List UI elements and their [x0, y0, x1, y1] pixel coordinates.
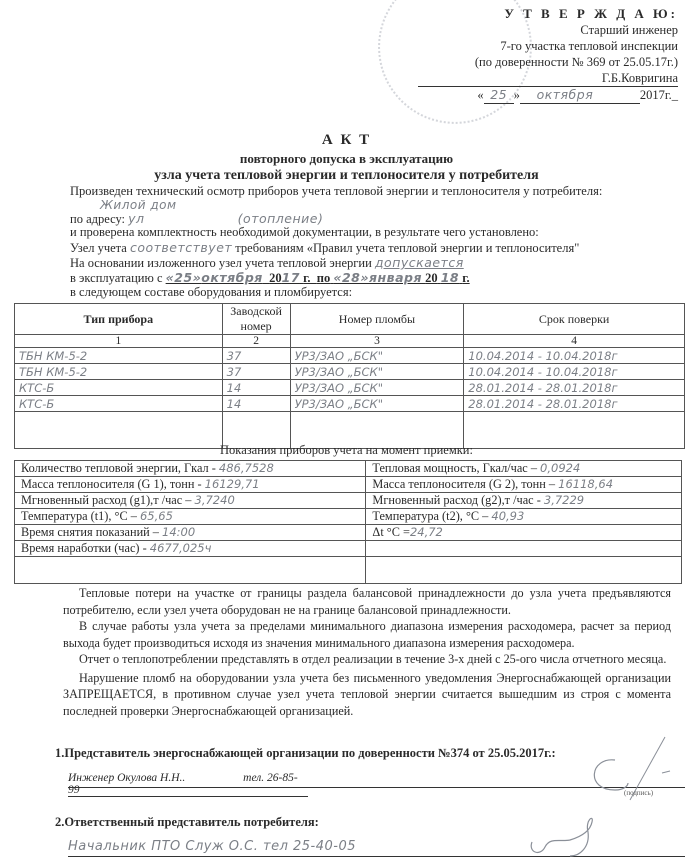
reading-value: 486,7528 [219, 461, 274, 475]
table-row: ТБН КМ-5-2 37 УР3/ЗАО „БСК" 10.04.2014 -… [15, 348, 685, 364]
reading-empty [366, 541, 682, 557]
to-day: «28» [333, 270, 369, 285]
from-month: октября [201, 270, 263, 285]
reading-value: 0,0924 [540, 461, 580, 475]
reading-time-taken: Время снятия показаний – 14:00 [15, 525, 366, 541]
approval-title: У Т В Е Р Ж Д А Ю: [418, 6, 678, 22]
reading-heat-energy: Количество тепловой энергии, Гкал - 486,… [15, 461, 366, 477]
device-seal: УР3/ЗАО „БСК" [290, 396, 464, 412]
device-seal: УР3/ЗАО „БСК" [290, 348, 464, 364]
consumer-name: Жилой дом [100, 198, 177, 212]
reading-value: 65,65 [140, 509, 173, 523]
col-header-serial: Заводской номер [222, 304, 290, 335]
reading-label: Тепловая мощность, Гкал/час – [372, 461, 537, 475]
reading-temp-t1: Температура (t1), °С – 65,65 [15, 509, 366, 525]
address-note: (отопление) [238, 211, 324, 226]
basis-label: На основании изложенного узел учета тепл… [70, 256, 372, 270]
node-line: Узел учета соответствует требованиям «Пр… [70, 240, 579, 256]
consumer-representative-name: Начальник ПТО Служ О.С. тел 25-40-05 [68, 839, 356, 854]
signature-caption: (подпись) [624, 789, 653, 797]
readings-row: Количество тепловой энергии, Гкал - 486,… [15, 461, 682, 477]
from-year-suffix: 17 [282, 270, 300, 285]
approval-position: Старший инженер [418, 22, 678, 38]
device-verification: 28.01.2014 - 28.01.2018г [464, 396, 685, 412]
reading-value: 16129,71 [205, 477, 260, 491]
device-type: КТС-Б [15, 396, 223, 412]
approval-date: «25»октября 2017г._ [418, 87, 678, 104]
address-label: по адресу: [70, 212, 125, 226]
from-g: г. [303, 271, 310, 285]
address-value: ул [128, 211, 144, 226]
readings-row: Масса теплоносителя (G 1), тонн - 16129,… [15, 477, 682, 493]
to-year-prefix: 20 [425, 271, 438, 285]
reading-label: Температура (t2), °С – [372, 509, 488, 523]
from-year-prefix: 20 [269, 271, 282, 285]
reading-value: 14:00 [162, 525, 195, 539]
reading-value: 3,7240 [195, 493, 235, 507]
col-header-seal: Номер пломбы [290, 304, 464, 335]
basis-line: На основании изложенного узел учета тепл… [70, 255, 464, 271]
table-row: КТС-Б 14 УР3/ЗАО „БСК" 28.01.2014 - 28.0… [15, 396, 685, 412]
device-type: ТБН КМ-5-2 [15, 348, 223, 364]
reading-label: Масса теплоносителя (G 2), тонн – [372, 477, 555, 491]
node-rest: требованиям «Правил учета тепловой энерг… [235, 241, 579, 255]
to-label: по [317, 271, 330, 285]
supplier-representative-line: Инженер Окулова Н.Н.. тел. 26-85-99 [68, 772, 308, 797]
equipment-header-row: Тип прибора Заводской номер Номер пломбы… [15, 304, 685, 335]
reading-label: Количество тепловой энергии, Гкал - [21, 461, 216, 475]
reading-label: Мгновенный расход (g2),т /час - [372, 493, 540, 507]
col-header-type: Тип прибора [15, 304, 223, 335]
reading-temp-t2: Температура (t2), °С – 40,93 [366, 509, 682, 525]
approval-block: У Т В Е Р Ж Д А Ю: Старший инженер 7-го … [418, 6, 678, 104]
readings-row: Время снятия показаний – 14:00 Δt °С =24… [15, 525, 682, 541]
reading-label: Мгновенный расход (g1),т /час – [21, 493, 191, 507]
intro-line-3: и проверена комплектность необходимой до… [70, 225, 539, 240]
supplier-name: Инженер Окулова Н.Н.. [68, 772, 185, 784]
to-g: г. [462, 271, 469, 285]
reading-label: Время снятия показаний – [21, 525, 159, 539]
col-number: 3 [290, 335, 464, 348]
reading-label: Δt °С = [372, 525, 410, 539]
approval-date-month: октября [520, 87, 610, 104]
equipment-number-row: 1 2 3 4 [15, 335, 685, 348]
device-seal: УР3/ЗАО „БСК" [290, 364, 464, 380]
consumer-representative-heading: 2.Ответственный представитель потребител… [55, 815, 319, 830]
readings-row: Температура (t1), °С – 65,65 Температура… [15, 509, 682, 525]
col-number: 2 [222, 335, 290, 348]
device-verification: 28.01.2014 - 28.01.2018г [464, 380, 685, 396]
approval-proxy: (по доверенности № 369 от 25.05.17г.) [418, 54, 678, 70]
device-serial: 14 [222, 396, 290, 412]
paragraph-flow-range: В случае работы узла учета за пределами … [63, 618, 671, 651]
paragraph-heat-losses: Тепловые потери на участке от границы ра… [63, 585, 671, 618]
device-serial: 14 [222, 380, 290, 396]
reading-value: 24,72 [410, 525, 443, 539]
reading-operating-hours: Время наработки (час) - 4677,025ч [15, 541, 366, 557]
from-day: «25» [166, 270, 202, 285]
equipment-table: Тип прибора Заводской номер Номер пломбы… [14, 303, 685, 449]
device-serial: 37 [222, 348, 290, 364]
approval-date-year: 2017г. [640, 88, 672, 102]
table-row: ТБН КМ-5-2 37 УР3/ЗАО „БСК" 10.04.2014 -… [15, 364, 685, 380]
device-verification: 10.04.2014 - 10.04.2018г [464, 364, 685, 380]
approval-date-day: 25 [484, 87, 514, 104]
device-type: ТБН КМ-5-2 [15, 364, 223, 380]
approval-date-gap [610, 87, 640, 104]
reading-delta-t: Δt °С =24,72 [366, 525, 682, 541]
reading-value: 40,93 [491, 509, 524, 523]
reading-value: 4677,025ч [150, 541, 212, 555]
basis-value: допускается [375, 255, 464, 270]
device-serial: 37 [222, 364, 290, 380]
reading-value: 3,7229 [544, 493, 584, 507]
supplier-representative-heading: 1.Представитель энергоснабжающей организ… [55, 746, 556, 761]
readings-title: Показания приборов учета на момент прием… [0, 443, 693, 458]
reading-flow-g2: Мгновенный расход (g2),т /час - 3,7229 [366, 493, 682, 509]
to-month: января [369, 270, 422, 285]
readings-row-empty [15, 557, 682, 584]
device-seal: УР3/ЗАО „БСК" [290, 380, 464, 396]
node-value: соответствует [130, 240, 232, 255]
table-row: КТС-Б 14 УР3/ЗАО „БСК" 28.01.2014 - 28.0… [15, 380, 685, 396]
reading-mass-g2: Масса теплоносителя (G 2), тонн – 16118,… [366, 477, 682, 493]
node-label: Узел учета [70, 241, 127, 255]
reading-value: 16118,64 [558, 477, 613, 491]
readings-table: Количество тепловой энергии, Гкал - 486,… [14, 460, 682, 584]
reading-label: Температура (t1), °С – [21, 509, 137, 523]
reading-heat-power: Тепловая мощность, Гкал/час – 0,0924 [366, 461, 682, 477]
readings-row: Мгновенный расход (g1),т /час – 3,7240 М… [15, 493, 682, 509]
act-title: А К Т [0, 132, 693, 149]
approval-signer: Г.Б.Ковригина [418, 70, 678, 87]
col-number: 4 [464, 335, 685, 348]
approval-signer-name: Г.Б.Ковригина [602, 71, 678, 85]
reading-mass-g1: Масса теплоносителя (G 1), тонн - 16129,… [15, 477, 366, 493]
reading-label: Масса теплоносителя (G 1), тонн - [21, 477, 202, 491]
reading-label: Время наработки (час) - [21, 541, 147, 555]
equipment-label: в следующем составе оборудования и пломб… [70, 285, 352, 300]
paragraph-report: Отчет о теплопотреблении представлять в … [63, 651, 671, 668]
device-verification: 10.04.2014 - 10.04.2018г [464, 348, 685, 364]
approval-unit: 7-го участка тепловой инспекции [418, 38, 678, 54]
act-subtitle-1: повторного допуска в эксплуатацию [0, 151, 693, 167]
reading-flow-g1: Мгновенный расход (g1),т /час – 3,7240 [15, 493, 366, 509]
paragraph-seal-violation: Нарушение пломб на оборудовании узла уче… [63, 670, 671, 720]
period-from: «25»октября 2017 г. по «28»января 20 18 … [166, 271, 470, 285]
intro-line-1: Произведен технический осмотр приборов у… [70, 184, 602, 199]
terms-paragraphs: Тепловые потери на участке от границы ра… [63, 585, 671, 719]
device-type: КТС-Б [15, 380, 223, 396]
readings-row: Время наработки (час) - 4677,025ч [15, 541, 682, 557]
col-number: 1 [15, 335, 223, 348]
consumer-signature-icon [520, 812, 610, 862]
to-year-suffix: 18 [441, 270, 459, 285]
col-header-verification: Срок поверки [464, 304, 685, 335]
period-label: в эксплуатацию с [70, 271, 163, 285]
period-line: в эксплуатацию с «25»октября 2017 г. по … [70, 270, 470, 286]
act-subtitle-2: узла учета тепловой энергии и теплоносит… [0, 168, 693, 184]
